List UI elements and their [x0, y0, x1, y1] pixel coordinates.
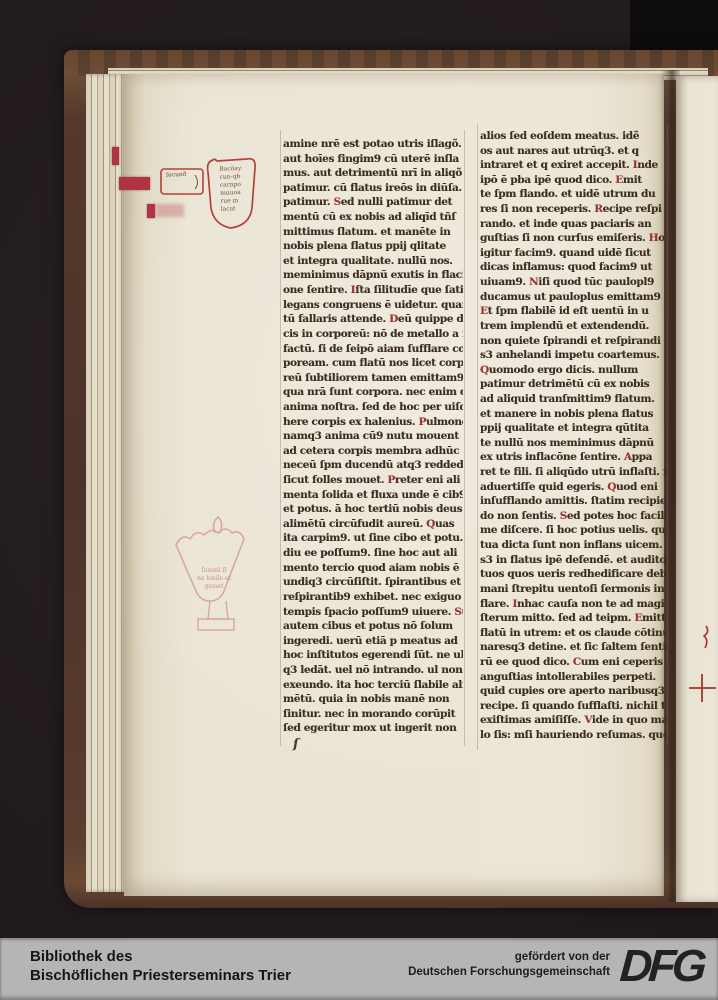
catchword-flourish: ſ — [293, 737, 299, 752]
marginalia-shield-text: Bacōaycun-qbcarnpomuuoarue mlacat — [219, 164, 265, 214]
text-column-right: alios ſed eoſdem meatus. idẽos aut nares… — [480, 129, 666, 743]
facing-page-inner-margin — [676, 76, 718, 902]
column-rule-line — [280, 130, 281, 746]
column-rule-line — [477, 124, 478, 750]
red-bookmark-tab-1 — [112, 147, 119, 165]
funding-credit-line2: Deutschen Forschungsgemeinschaft — [300, 965, 610, 980]
library-name-line2: Bischöflichen Priesterseminars Trier — [30, 966, 291, 985]
red-cross-mark — [688, 618, 718, 710]
dfg-logo: DFG — [618, 940, 717, 992]
marginalia-crown-text: ſuuonl flne lonile etgemet — [182, 567, 246, 591]
photo-backdrop: ſecunð Bacōaycun-qbcarnpomuuoarue mlacat… — [0, 0, 718, 1000]
red-bookmark-tab-2 — [119, 177, 150, 190]
column-rule-line — [464, 130, 465, 746]
column-rule-line — [667, 124, 668, 744]
funding-credit: gefördert von der Deutschen Forschungsge… — [300, 950, 610, 979]
funding-credit-line1: gefördert von der — [300, 950, 610, 965]
caption-bar: Bibliothek des Bischöflichen Priestersem… — [0, 938, 718, 1000]
library-name: Bibliothek des Bischöflichen Priestersem… — [30, 947, 291, 985]
page-stack-left-edges — [86, 74, 126, 892]
library-name-line1: Bibliothek des — [30, 947, 291, 966]
text-column-left: amine nrē est potao utris iſlagõ.aut hoī… — [283, 137, 463, 736]
red-bookmark-tab-3 — [147, 204, 155, 218]
marginalia-box-text: ſecunð — [166, 171, 198, 179]
